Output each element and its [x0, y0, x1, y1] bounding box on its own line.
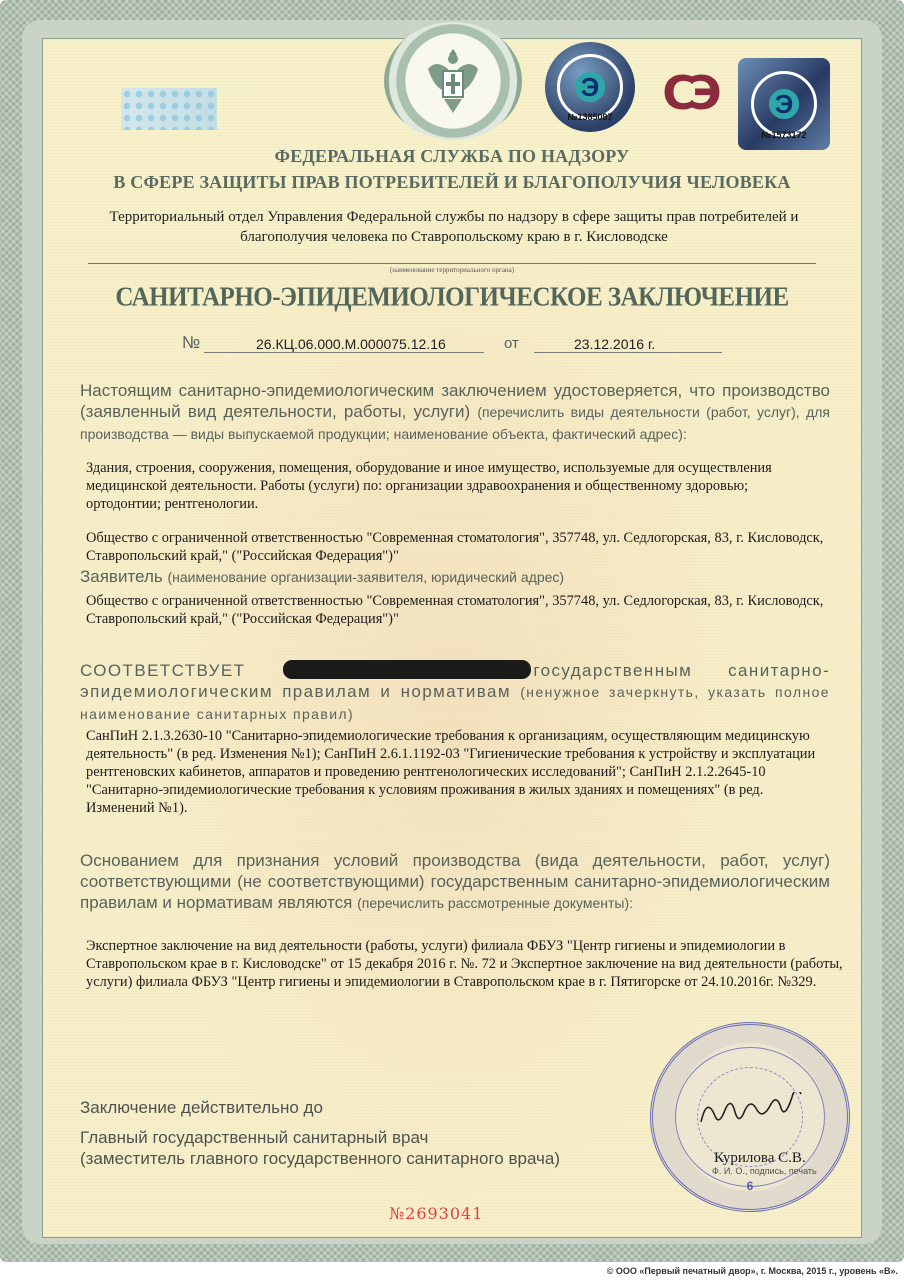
- applicant-hint: (наименование организации-заявителя, юри…: [167, 569, 564, 585]
- signer-caption: Ф. И. О., подпись, печать: [712, 1166, 817, 1176]
- divider: [88, 263, 816, 264]
- basis-hint: (перечислить рассмотренные документы):: [357, 895, 633, 911]
- basis-label: Основанием для признания условий произво…: [80, 850, 830, 914]
- rospotrebnadzor-emblem-icon: [384, 22, 522, 140]
- serial-number: №2693041: [389, 1204, 483, 1223]
- activity-text: Здания, строения, сооружения, помещения,…: [86, 459, 826, 513]
- document-number-row: № 26.КЦ.06.000.М.000075.12.16 от 23.12.2…: [182, 333, 722, 355]
- document-date: 23.12.2016 г.: [574, 336, 655, 352]
- territorial-line2: благополучия человека по Ставропольскому…: [74, 227, 834, 247]
- date-underline: [534, 352, 722, 353]
- se-mark-icon: СЭ: [648, 68, 728, 118]
- conformity-lead-word: СООТВЕТСТВУЕТ: [80, 661, 245, 680]
- applicant-label: Заявитель (наименование организации-заяв…: [80, 566, 830, 588]
- chief-line1: Главный государственный санитарный врач: [80, 1127, 640, 1148]
- document-number: 26.КЦ.06.000.М.000075.12.16: [256, 336, 446, 352]
- chief-doctor-label: Главный государственный санитарный врач …: [80, 1127, 640, 1169]
- applicant-text: Общество с ограниченной ответственностью…: [86, 592, 826, 628]
- certifies-label: Настоящим санитарно-эпидемиологическим з…: [80, 380, 830, 445]
- printer-copyright: © ООО «Первый печатный двор», г. Москва,…: [607, 1266, 898, 1276]
- number-label: №: [182, 333, 200, 353]
- hologram-ses-icon: Э: [751, 71, 817, 137]
- conformity-label: СООТВЕТСТВУЕТ государственным санитарно-…: [80, 660, 830, 725]
- territorial-body: Территориальный отдел Управления Федерал…: [74, 207, 834, 247]
- territorial-caption: (наименование территориального органа): [0, 266, 904, 274]
- hologram-strip: [121, 88, 217, 130]
- territorial-line1: Территориальный отдел Управления Федерал…: [74, 207, 834, 227]
- hologram-ses-icon: Э: [557, 54, 623, 120]
- service-title-line2: В СФЕРЕ ЗАЩИТЫ ПРАВ ПОТРЕБИТЕЛЕЙ И БЛАГО…: [60, 172, 844, 193]
- chief-line2: (заместитель главного государственного с…: [80, 1148, 640, 1169]
- stamp-digit: 6: [653, 1179, 847, 1193]
- applicant-lead: Заявитель: [80, 567, 163, 586]
- number-underline: [204, 352, 484, 353]
- object-text: Общество с ограниченной ответственностью…: [86, 529, 826, 565]
- valid-until-label: Заключение действительно до: [80, 1098, 323, 1118]
- redaction-bar: [283, 660, 531, 679]
- hologram-badge-left: Э №1385097: [545, 42, 635, 132]
- basis-documents: Экспертное заключение на вид деятельност…: [86, 937, 846, 991]
- hologram-number: №1385097: [545, 112, 635, 122]
- hologram-badge-right: Э №1573172: [738, 58, 830, 150]
- hologram-number: №1573172: [738, 130, 830, 140]
- rules-text: СанПиН 2.1.3.2630-10 "Санитарно-эпидемио…: [86, 727, 826, 817]
- from-label: от: [504, 335, 519, 352]
- service-title-line1: ФЕДЕРАЛЬНАЯ СЛУЖБА ПО НАДЗОРУ: [60, 146, 844, 167]
- document-title: САНИТАРНО-ЭПИДЕМИОЛОГИЧЕСКОЕ ЗАКЛЮЧЕНИЕ: [60, 283, 844, 314]
- signer-name: Курилова С.В.: [714, 1150, 806, 1167]
- signature-icon: [695, 1092, 815, 1132]
